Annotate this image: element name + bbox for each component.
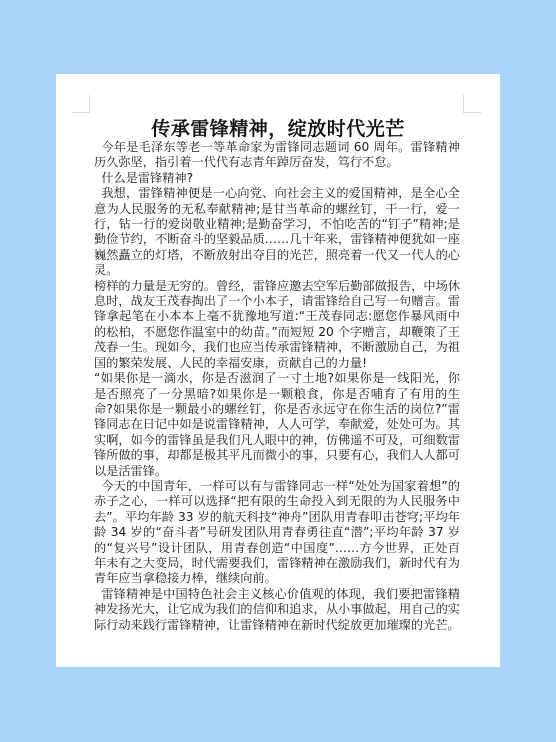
paragraph-question: 什么是雷锋精神?: [94, 171, 460, 186]
margin-corner-mark-top-right: [463, 95, 481, 113]
document-page: 传承雷锋精神，绽放时代光芒 今年是毛泽东等老一等革命家为雷锋同志题词 60 周年…: [56, 74, 500, 667]
paragraph-intro: 今年是毛泽东等老一等革命家为雷锋同志题词 60 周年。雷锋精神历久弥坚，指引着一…: [94, 140, 460, 171]
paragraph-conclusion: 雷锋精神是中国特色社会主义核心价值观的体现，我们要把雷锋精神发扬光大，让它成为我…: [94, 587, 460, 633]
margin-corner-mark-top-left: [72, 95, 90, 113]
paragraph-diary-quote: “如果你是一滴水，你是否滋润了一寸土地?如果你是一线阳光，你是否照亮了一分黑暗?…: [94, 371, 460, 479]
document-title: 传承雷锋精神，绽放时代光芒: [56, 114, 500, 141]
paragraph-chinese-youth: 今天的中国青年，一样可以有与雷锋同志一样“处处为国家着想”的赤子之心，一样可以选…: [94, 479, 460, 587]
paragraph-role-model: 榜样的力量是无穷的。曾经，雷锋应邀去空军后勤部做报告，中场休息时，战友王茂春掏出…: [94, 279, 460, 371]
paragraph-definition: 我想，雷锋精神便是一心向党、向社会主义的爱国精神，是全心全意为人民服务的无私奉献…: [94, 186, 460, 278]
document-body: 今年是毛泽东等老一等革命家为雷锋同志题词 60 周年。雷锋精神历久弥坚，指引着一…: [94, 140, 460, 633]
